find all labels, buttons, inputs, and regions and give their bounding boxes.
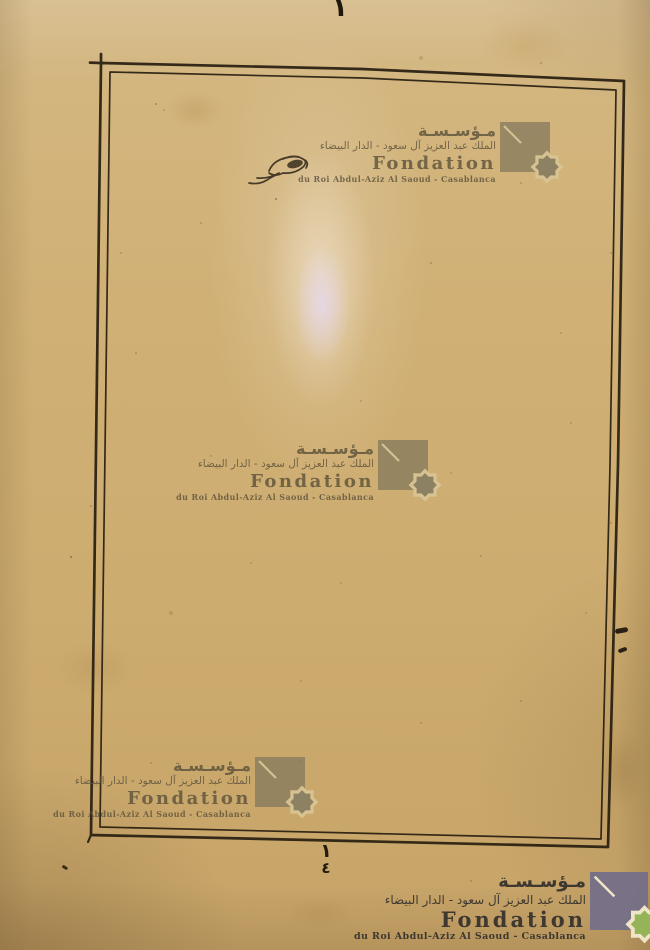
watermark-text: مـؤسـسـة الملك عبد العزيز آل سعود - الدا… [354,872,586,944]
fraction-denominator: ٤ [308,861,344,876]
top-edge-numeral: ١ [332,0,348,23]
watermark-middle: مـؤسـسـة الملك عبد العزيز آل سعود - الدا… [176,440,428,502]
watermark-text: مـؤسـسـة الملك عبد العزيز آل سعود - الدا… [298,122,496,184]
foundation-logo [500,122,550,172]
wm-arabic-title: مـؤسـسـة [176,440,374,458]
folio-fraction: ١ ٤ [308,842,344,876]
wm-arabic-title: مـؤسـسـة [298,122,496,140]
eight-point-star-icon [286,786,319,819]
wm-arabic-subtitle: الملك عبد العزيز آل سعود - الدار البيضاء [354,893,586,909]
wm-arabic-subtitle: الملك عبد العزيز آل سعود - الدار البيضاء [53,775,251,789]
wm-arabic-title: مـؤسـسـة [53,757,251,775]
wm-latin-subtitle: du Roi Abdul-Aziz Al Saoud - Casablanca [176,492,374,502]
watermark-bottom-left: مـؤسـسـة الملك عبد العزيز آل سعود - الدا… [53,757,305,819]
wm-arabic-subtitle: الملك عبد العزيز آل سعود - الدار البيضاء [298,140,496,154]
foundation-logo [255,757,305,807]
wm-arabic-title: مـؤسـسـة [354,872,586,893]
foundation-logo [590,872,648,930]
wm-latin-title: Fondation [176,472,374,492]
scanned-page: ١ ١ ٤ مـؤسـسـة الملك عبد العزيز آل سعود … [0,0,650,950]
wm-latin-title: Fondation [354,908,586,931]
watermark-text: مـؤسـسـة الملك عبد العزيز آل سعود - الدا… [53,757,251,819]
wm-latin-title: Fondation [298,154,496,174]
watermark-top: مـؤسـسـة الملك عبد العزيز آل سعود - الدا… [298,122,550,184]
wm-arabic-subtitle: الملك عبد العزيز آل سعود - الدار البيضاء [176,458,374,472]
wm-latin-subtitle: du Roi Abdul-Aziz Al Saoud - Casablanca [298,174,496,184]
wm-latin-subtitle: du Roi Abdul-Aziz Al Saoud - Casablanca [354,931,586,943]
eight-point-star-icon [409,469,442,502]
wm-latin-subtitle: du Roi Abdul-Aziz Al Saoud - Casablanca [53,809,251,819]
watermark-text: مـؤسـسـة الملك عبد العزيز آل سعود - الدا… [176,440,374,502]
wm-latin-title: Fondation [53,789,251,809]
foundation-logo [378,440,428,490]
eight-point-star-icon [531,151,564,184]
watermark-stamp-bottom-right: مـؤسـسـة الملك عبد العزيز آل سعود - الدا… [354,872,648,944]
